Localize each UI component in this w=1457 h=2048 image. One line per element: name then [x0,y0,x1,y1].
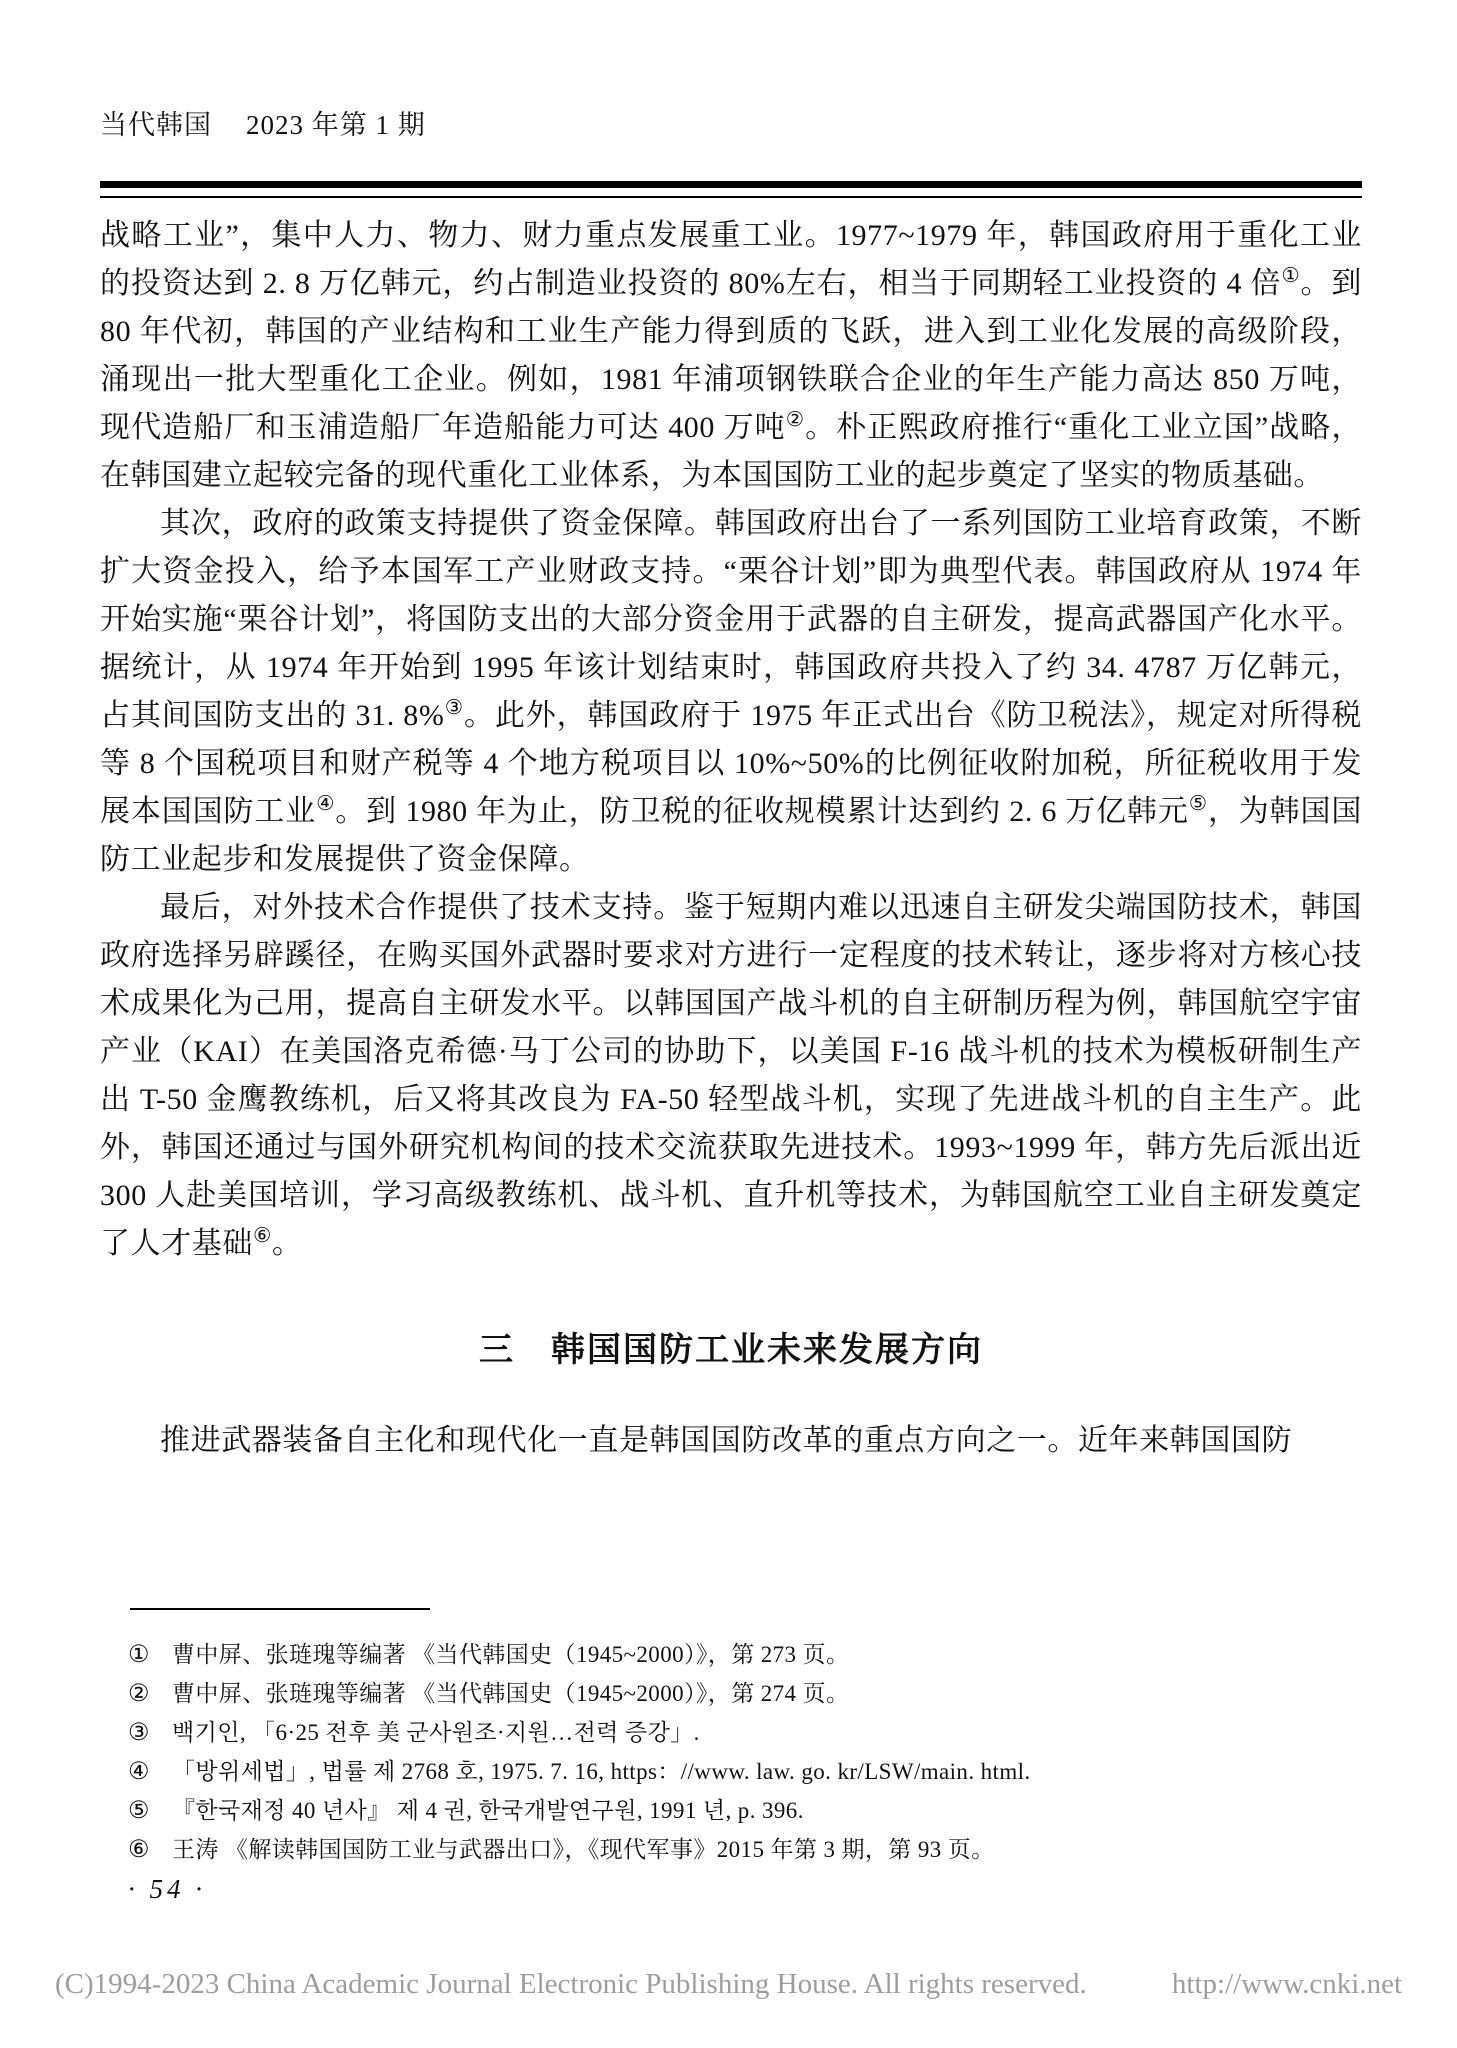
footnote-item: ① 曹中屏、张琏瑰等编著 《当代韩国史（1945~2000）》，第 273 页。 [128,1642,1308,1668]
section-heading: 三 韩国国防工业未来发展方向 [100,1322,1362,1371]
footnote-marker: ② [128,1681,172,1707]
copyright-notice: (C)1994-2023 China Academic Journal Elec… [55,1968,1087,2001]
footnote-text: 曹中屏、张琏瑰等编著 《当代韩国史（1945~2000）》，第 274 页。 [172,1681,1308,1707]
footnote-marker: ③ [128,1720,172,1746]
footnote-separator [130,1608,430,1610]
footnote-text: 백기인, 「6·25 전후 美 군사원조·지원…전력 증강」. [172,1720,1308,1746]
footnote-marker: ① [128,1642,172,1668]
footnote-item: ⑤ 『한국재정 40 년사』 제 4 권, 한국개발연구원, 1991 년, p… [128,1798,1308,1824]
footnote-text: 「방위세법」, 법률 제 2768 호, 1975. 7. 16, https：… [172,1759,1308,1785]
body-paragraph: 战略工业”，集中人力、物力、财力重点发展重工业。1977~1979 年，韩国政府… [100,212,1362,500]
page-number: · 54 · [128,1874,206,1905]
header-rule-thick [100,181,1362,188]
footnote-text: 王涛 《解读韩国国防工业与武器出口》，《现代军事》2015 年第 3 期，第 9… [172,1837,1308,1863]
body-paragraph: 最后，对外技术合作提供了技术支持。鉴于短期内难以迅速自主研发尖端国防技术，韩国政… [100,884,1362,1268]
footnote-marker: ⑤ [128,1798,172,1824]
scan-footer: (C)1994-2023 China Academic Journal Elec… [55,1968,1402,2001]
journal-title: 当代韩国 [100,110,212,140]
footnote-text: 曹中屏、张琏瑰等编著 《当代韩国史（1945~2000）》，第 273 页。 [172,1642,1308,1668]
footnote-item: ③ 백기인, 「6·25 전후 美 군사원조·지원…전력 증강」. [128,1720,1308,1746]
footnote-text: 『한국재정 40 년사』 제 4 권, 한국개발연구원, 1991 년, p. … [172,1798,1308,1824]
footnote-item: ⑥ 王涛 《解读韩国国防工业与武器出口》，《现代军事》2015 年第 3 期，第… [128,1837,1308,1863]
header-rule-thin [100,196,1362,198]
footnote-marker: ⑥ [128,1837,172,1863]
body-paragraph: 推进武器装备自主化和现代化一直是韩国国防改革的重点方向之一。近年来韩国国防 [100,1417,1362,1465]
journal-page: 当代韩国2023 年第 1 期 战略工业”，集中人力、物力、财力重点发展重工业。… [0,0,1457,2048]
footnote-list: ① 曹中屏、张琏瑰等编著 《当代韩国史（1945~2000）》，第 273 页。… [128,1642,1308,1876]
footnote-marker: ④ [128,1759,172,1785]
journal-issue: 2023 年第 1 期 [246,110,426,140]
footnote-item: ④ 「방위세법」, 법률 제 2768 호, 1975. 7. 16, http… [128,1759,1308,1785]
article-body: 战略工业”，集中人力、物力、财力重点发展重工业。1977~1979 年，韩国政府… [100,212,1362,1465]
footnote-item: ② 曹中屏、张琏瑰等编著 《当代韩国史（1945~2000）》，第 274 页。 [128,1681,1308,1707]
page-header: 当代韩国2023 年第 1 期 [100,103,426,142]
cnki-url: http://www.cnki.net [1172,1968,1402,2001]
body-paragraph: 其次，政府的政策支持提供了资金保障。韩国政府出台了一系列国防工业培育政策，不断扩… [100,500,1362,884]
